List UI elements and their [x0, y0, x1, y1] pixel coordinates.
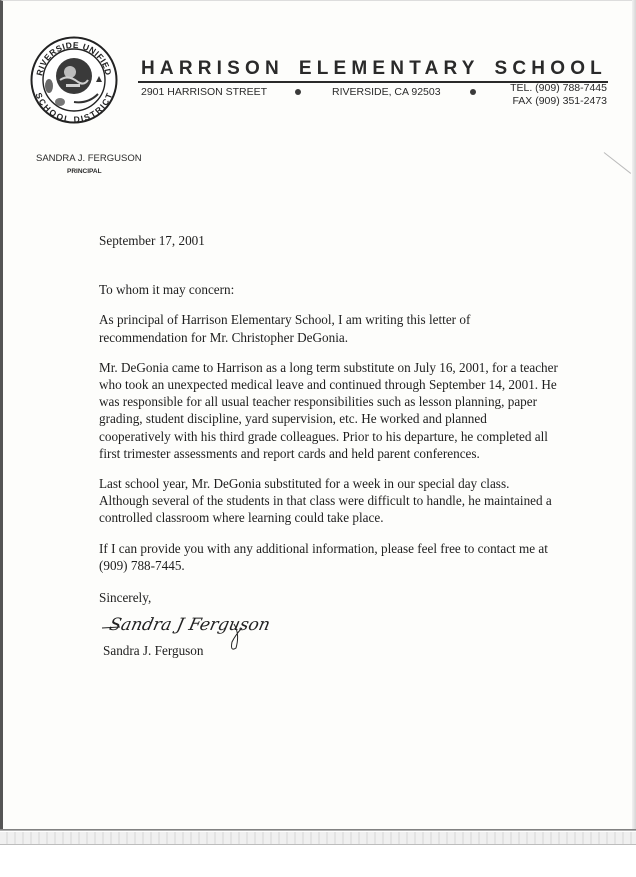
svg-text:Sandra J Ferguson: Sandra J Ferguson [107, 615, 271, 635]
scan-edge-bottom [0, 829, 636, 831]
school-name-word: HARRISON [141, 58, 284, 80]
letter-date: September 17, 2001 [99, 232, 559, 249]
city-address: RIVERSIDE, CA 92503 [332, 86, 441, 98]
paragraph: If I can provide you with any additional… [99, 540, 559, 574]
district-seal-icon: RIVERSIDE UNIFIED SCHOOL DISTRICT [30, 36, 118, 124]
scan-edge-right [632, 0, 636, 830]
paragraph: As principal of Harrison Elementary Scho… [99, 311, 559, 345]
contact-numbers: TEL. (909) 788-7445 FAX (909) 351-2473 [510, 82, 607, 108]
signer-name: Sandra J. Ferguson [103, 643, 204, 659]
fax: FAX (909) 351-2473 [510, 95, 607, 108]
letter-body: September 17, 2001 To whom it may concer… [99, 232, 559, 606]
paragraph: Last school year, Mr. DeGonia substitute… [99, 475, 559, 527]
scan-edge-strip [0, 832, 636, 845]
street-address: 2901 HARRISON STREET [141, 86, 267, 98]
school-name-word: ELEMENTARY [299, 58, 480, 80]
school-name-heading: HARRISON ELEMENTARY SCHOOL [141, 58, 607, 80]
principal-title: PRINCIPAL [67, 168, 102, 175]
bullet-dot-icon [470, 89, 476, 95]
bullet-dot-icon [295, 89, 301, 95]
telephone: TEL. (909) 788-7445 [510, 82, 607, 95]
paragraph: Mr. DeGonia came to Harrison as a long t… [99, 359, 559, 462]
school-name-word: SCHOOL [495, 58, 607, 80]
principal-name: SANDRA J. FERGUSON [36, 153, 142, 164]
salutation: To whom it may concern: [99, 281, 559, 298]
